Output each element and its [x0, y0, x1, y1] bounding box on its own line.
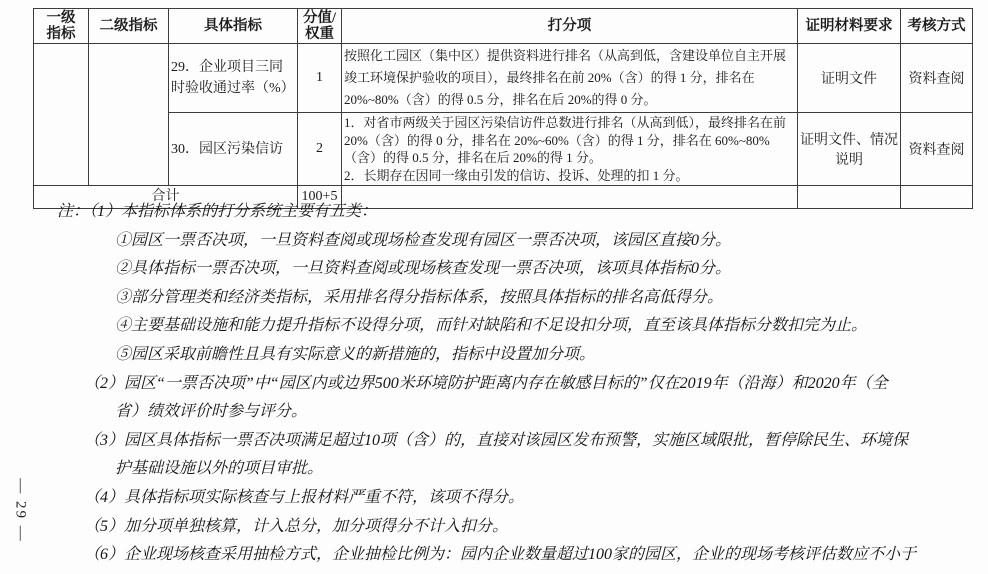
note-line: ②具体指标一票否决项，一旦资料查阅或现场核查发现一票否决项，该项具体指标0分。	[115, 255, 983, 284]
note-line: （2）园区“一票否决项”中“园区内或边界500米环境防护距离内存在敏感目标的”仅…	[84, 370, 983, 399]
note-line: 省）绩效评价时参与评分。	[115, 398, 983, 427]
table-row-30: 30．园区污染信访 2 1．对省市两级关于园区污染信访件总数进行排名（从高到低）…	[34, 113, 973, 186]
scoring-item-paragraph: 按照化工园区（集中区）提供资料进行排名（从高到低，含建设单位自主开展竣工环境保护…	[344, 45, 795, 111]
cell-evidence-29: 证明文件	[798, 44, 901, 113]
scoring-item-paragraph: 1．对省市两级关于园区污染信访件总数进行排名（从高到低），最终排名在前 20%（…	[344, 114, 795, 167]
table-header-row: 一级指标 二级指标 具体指标 分值/权重 打分项 证明材料要求 考核方式	[34, 9, 973, 44]
cell-evidence-30: 证明文件、情况说明	[798, 113, 901, 186]
scoring-item-paragraph: 2．长期存在因同一缘由引发的信访、投诉、处理的扣 1 分。	[344, 167, 795, 185]
note-line: ④主要基础设施和能力提升指标不设得分项，而针对缺陷和不足设扣分项，直至该具体指标…	[115, 312, 983, 341]
note-line: （6）企业现场核查采用抽检方式，企业抽检比例为：园内企业数量超过100家的园区，…	[84, 541, 983, 570]
header-level2-indicator: 二级指标	[89, 9, 169, 44]
note-line: （5）加分项单独核算，计入总分，加分项得分不计入扣分。	[84, 513, 983, 542]
header-specific-indicator: 具体指标	[169, 9, 298, 44]
cell-specific-indicator-30: 30．园区污染信访	[169, 113, 298, 186]
cell-score-30: 2	[298, 113, 342, 186]
note-line: 注：（1）本指标体系的打分系统主要有五类：	[57, 198, 983, 227]
cell-method-30: 资料查阅	[901, 113, 973, 186]
header-scoring-item: 打分项	[342, 9, 798, 44]
header-assessment-method: 考核方式	[901, 9, 973, 44]
header-evidence-requirement: 证明材料要求	[798, 9, 901, 44]
cell-level2-indicator	[89, 44, 169, 186]
header-level1-label: 一级指标	[45, 10, 77, 42]
note-line: 护基础设施以外的项目审批。	[115, 455, 983, 484]
header-level1-indicator: 一级指标	[34, 9, 89, 44]
note-line: （4）具体指标项实际核查与上报材料严重不符，该项不得分。	[84, 484, 983, 513]
cell-specific-indicator-29: 29．企业项目三同时验收通过率（%）	[169, 44, 298, 113]
cell-scoring-item-29: 按照化工园区（集中区）提供资料进行排名（从高到低，含建设单位自主开展竣工环境保护…	[342, 44, 798, 113]
note-line: ③部分管理类和经济类指标，采用排名得分指标体系，按照具体指标的排名高低得分。	[115, 284, 983, 313]
scoring-table: 一级指标 二级指标 具体指标 分值/权重 打分项 证明材料要求 考核方式 29．…	[33, 8, 973, 209]
header-score-weight: 分值/权重	[298, 9, 342, 44]
notes-section: 注：（1）本指标体系的打分系统主要有五类： ①园区一票否决项，一旦资料查阅或现场…	[57, 198, 983, 570]
note-line: ①园区一票否决项，一旦资料查阅或现场检查发现有园区一票否决项，该园区直接0分。	[115, 227, 983, 256]
cell-scoring-item-30: 1．对省市两级关于园区污染信访件总数进行排名（从高到低），最终排名在前 20%（…	[342, 113, 798, 186]
cell-level1-indicator	[34, 44, 89, 186]
note-line: （3）园区具体指标一票否决项满足超过10项（含）的，直接对该园区发布预警，实施区…	[84, 427, 983, 456]
page-number: — 29 —	[12, 467, 29, 555]
cell-score-29: 1	[298, 44, 342, 113]
note-line: ⑤园区采取前瞻性且具有实际意义的新措施的，指标中设置加分项。	[115, 341, 983, 370]
table-row-29: 29．企业项目三同时验收通过率（%） 1 按照化工园区（集中区）提供资料进行排名…	[34, 44, 973, 113]
cell-method-29: 资料查阅	[901, 44, 973, 113]
